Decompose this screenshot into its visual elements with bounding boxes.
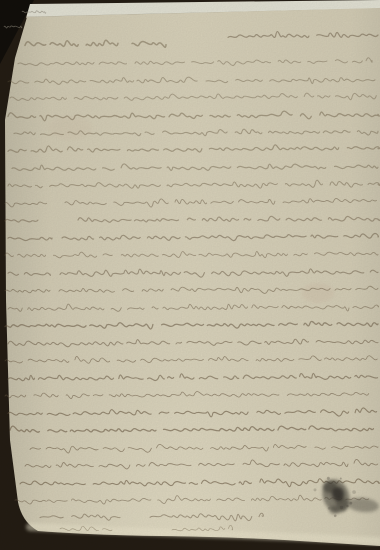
- paper-grain-texture: [0, 0, 380, 550]
- scanned-document: Scanned page of an old handwritten lette…: [0, 0, 380, 550]
- manuscript-scan: [0, 0, 380, 550]
